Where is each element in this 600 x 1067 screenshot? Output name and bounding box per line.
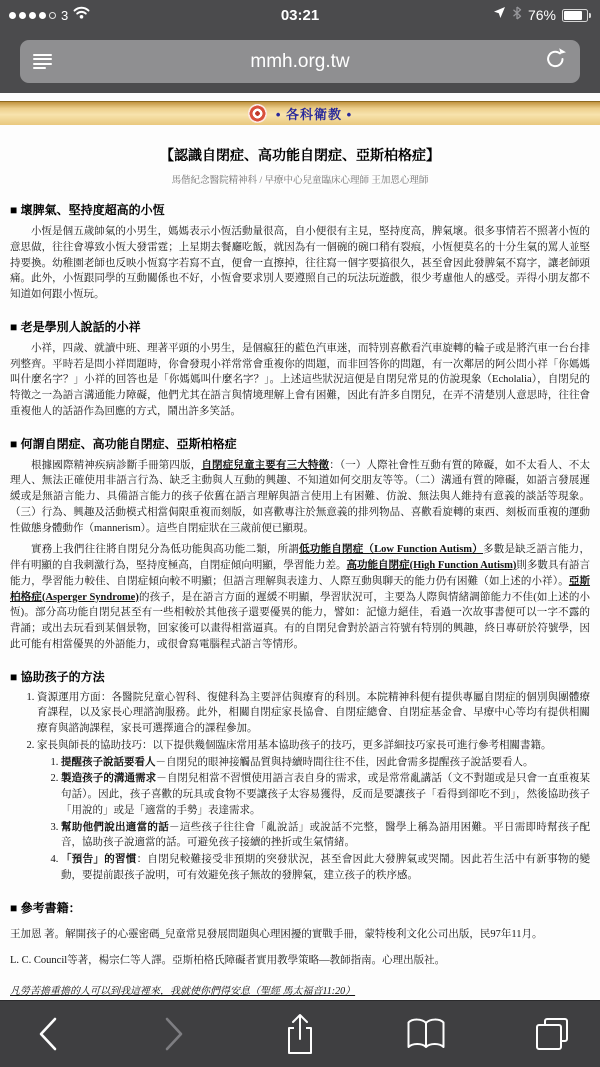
bookmarks-icon[interactable] bbox=[404, 1012, 448, 1056]
browser-chrome: 3 03:21 76% bbox=[0, 0, 600, 93]
signal-strength-icon bbox=[9, 12, 56, 19]
tip-lead: 「預告」的習慣 bbox=[61, 854, 137, 865]
tabs-icon[interactable] bbox=[530, 1012, 574, 1056]
section-heading-5: ■ 參考書籍： bbox=[10, 899, 590, 916]
tip-lead: 提醒孩子說話要看人 bbox=[61, 757, 156, 768]
web-content: • 各科衛教 • 【認識自閉症、高功能自閉症、亞斯柏格症】 馬偕紀念醫院精神科 … bbox=[0, 93, 600, 1000]
status-bar: 3 03:21 76% bbox=[0, 0, 600, 30]
emphasized-term: 低功能自閉症（Low Function Autism） bbox=[299, 544, 483, 555]
bluetooth-icon bbox=[512, 6, 522, 25]
paragraph: 小恆是個五歲帥氣的小男生，媽媽表示小恆活動量很高，自小便很有主見，堅持度高，脾氣… bbox=[10, 224, 590, 303]
bible-quote: 凡勞苦擔重擔的人可以到我這裡來，我就使你們得安息（聖經 馬太福音11:20） bbox=[10, 982, 590, 997]
text-run: 實務上我們往往將自閉兒分為低功能與高功能二類，所謂 bbox=[31, 544, 299, 555]
reference-item: L. C. Council等著，楊宗仁等人譯。亞斯柏格氏障礙者實用教學策略—教師… bbox=[10, 953, 590, 969]
paragraph: 實務上我們往往將自閉兒分為低功能與高功能二類，所謂低功能自閉症（Low Func… bbox=[10, 542, 590, 652]
reader-icon[interactable] bbox=[33, 54, 52, 70]
article-body: ■ 壞脾氣、堅持度超高的小恆 小恆是個五歲帥氣的小男生，媽媽表示小恆活動量很高，… bbox=[0, 201, 600, 1000]
emphasized-term: 高功能自閉症(High Function Autism) bbox=[347, 560, 517, 571]
list-item: 提醒孩子說話要看人－自閉兒的眼神接觸品質與持續時間往往不佳，因此會需多提醒孩子說… bbox=[61, 755, 590, 771]
back-icon[interactable] bbox=[26, 1012, 70, 1056]
paragraph: 小祥，四歲、就讀中班、理著平頭的小男生，是個瘋狂的藍色汽車迷，而特別喜歡看汽車旋… bbox=[10, 341, 590, 420]
text-run: －自閉兒的眼神接觸品質與持續時間往往不佳，因此會需多提醒孩子說話要看人。 bbox=[156, 757, 534, 768]
battery-percent-label: 76% bbox=[528, 7, 556, 23]
share-icon[interactable] bbox=[278, 1012, 322, 1056]
banner-title: • 各科衛教 • bbox=[276, 104, 352, 123]
text-run: 家長與師長的協助技巧：以下提供幾個臨床常用基本協助孩子的技巧，更多詳細技巧家長可… bbox=[37, 740, 552, 751]
safari-toolbar bbox=[0, 1000, 600, 1067]
carrier-label: 3 bbox=[61, 8, 68, 23]
list-item: 幫助他們說出適當的話－這些孩子往往會「亂說話」或說話不完整，醫學上稱為語用困難。… bbox=[61, 820, 590, 852]
battery-icon bbox=[562, 9, 588, 22]
page-title: 【認識自閉症、高功能自閉症、亞斯柏格症】 bbox=[10, 145, 590, 165]
section-heading-2: ■ 老是學別人說話的小祥 bbox=[10, 318, 590, 335]
text-run: 根據國際精神疾病診斷手冊第四版， bbox=[31, 460, 201, 471]
reference-item: 王加恩 著。解開孩子的心靈密碼_兒童常見發展問題與心理困擾的實戰手冊，蒙特梭利文… bbox=[10, 927, 590, 943]
location-icon bbox=[493, 6, 506, 24]
battery-tip bbox=[589, 13, 591, 18]
list-item: 家長與師長的協助技巧：以下提供幾個臨床常用基本協助孩子的技巧，更多詳細技巧家長可… bbox=[37, 738, 590, 884]
iphone-safari-screen: 3 03:21 76% bbox=[0, 0, 600, 1067]
address-bar-row: mmh.org.tw bbox=[0, 30, 600, 93]
hospital-logo-icon bbox=[248, 104, 267, 123]
forward-icon bbox=[152, 1012, 196, 1056]
emphasized-term: 自閉症兒童主要有三大特徵 bbox=[201, 460, 329, 471]
refresh-icon[interactable] bbox=[545, 47, 567, 76]
section-heading-4: ■ 協助孩子的方法 bbox=[10, 668, 590, 685]
page-byline: 馬偕紀念醫院精神科 / 早療中心兒童臨床心理師 王加恩心理師 bbox=[0, 172, 600, 186]
help-methods-list: 資源運用方面：各醫院兒童心智科、復健科為主要評估與療育的科別。本院精神科便有提供… bbox=[10, 690, 590, 884]
address-bar[interactable]: mmh.org.tw bbox=[20, 40, 580, 83]
section-heading-3: ■ 何謂自閉症、高功能自閉症、亞斯柏格症 bbox=[10, 435, 590, 452]
section-heading-1: ■ 壞脾氣、堅持度超高的小恆 bbox=[10, 201, 590, 218]
paragraph: 根據國際精神疾病診斷手冊第四版，自閉症兒童主要有三大特徵：（一）人際社會性互動有… bbox=[10, 458, 590, 537]
wifi-icon bbox=[73, 6, 90, 24]
url-text[interactable]: mmh.org.tw bbox=[60, 51, 540, 73]
tips-sublist: 提醒孩子說話要看人－自閉兒的眼神接觸品質與持續時間往往不佳，因此會需多提醒孩子說… bbox=[37, 755, 590, 884]
text-run: ：自閉兒較難接受非預期的突發狀況，甚至會因此大發脾氣或哭鬧。因此若生活中有新事物… bbox=[61, 854, 590, 881]
tip-lead: 幫助他們說出適當的話 bbox=[61, 822, 169, 833]
list-item: 製造孩子的溝通需求－自閉兒相當不習慣使用語言表自身的需求，或是常常亂講話（文不對… bbox=[61, 771, 590, 818]
list-item: 「預告」的習慣：自閉兒較難接受非預期的突發狀況，甚至會因此大發脾氣或哭鬧。因此若… bbox=[61, 852, 590, 884]
site-banner: • 各科衛教 • bbox=[0, 101, 600, 125]
tip-lead: 製造孩子的溝通需求 bbox=[61, 773, 156, 784]
list-item: 資源運用方面：各醫院兒童心智科、復健科為主要評估與療育的科別。本院精神科便有提供… bbox=[37, 690, 590, 737]
